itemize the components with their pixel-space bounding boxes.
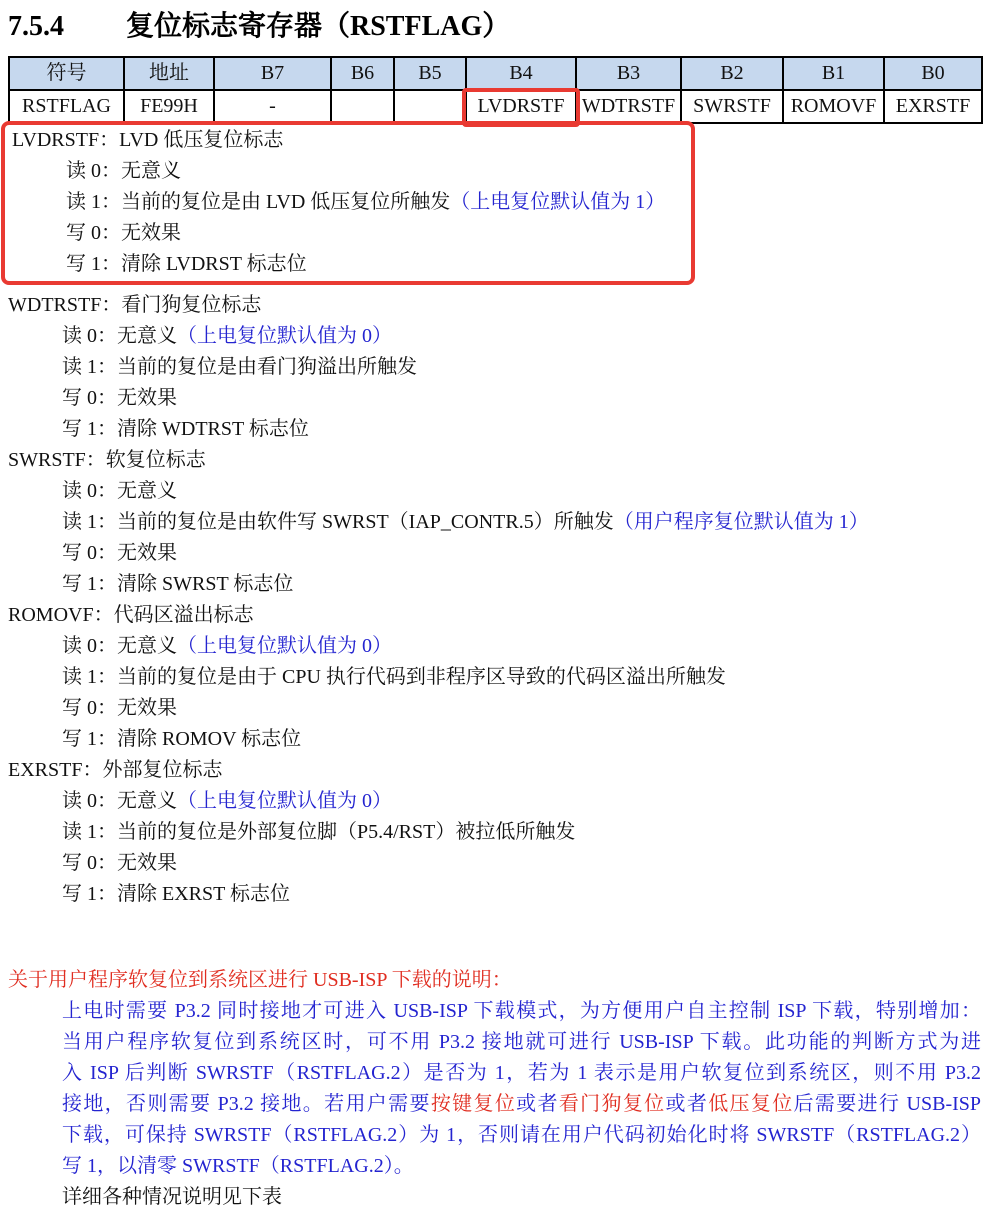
- text-segment: 写 1：清除 SWRST 标志位: [62, 573, 293, 595]
- text-segment: 或者: [516, 1093, 559, 1115]
- table-header-cell: 地址: [124, 57, 214, 90]
- bit-section-line: 写 1：清除 WDTRST 标志位: [8, 414, 981, 445]
- text-segment: 看门狗复位: [559, 1093, 666, 1115]
- table-row: RSTFLAGFE99H-LVDRSTFWDTRSTFSWRSTFROMOVFE…: [9, 90, 982, 123]
- section-number: 7.5.4: [8, 8, 126, 46]
- text-segment: 读 1：当前的复位是外部复位脚（P5.4/RST）被拉低所触发: [62, 821, 575, 843]
- bit-section-line: 读 1：当前的复位是由 LVD 低压复位所触发（上电复位默认值为 1）: [12, 187, 691, 218]
- bit-section-line: 写 0：无效果: [8, 538, 981, 569]
- text-segment: 读 0：无意义: [62, 635, 177, 657]
- notes-line: 下载，可保持 SWRSTF（RSTFLAG.2）为 1，否则请在用户代码初始化时…: [8, 1120, 981, 1151]
- text-segment: 读 1：当前的复位是由软件写 SWRST（IAP_CONTR.5）所触发: [62, 511, 614, 533]
- table-header-cell: B5: [394, 57, 466, 90]
- bit-section-title: SWRSTF：软复位标志: [8, 445, 981, 476]
- text-segment: （上电复位默认值为 1）: [450, 191, 665, 213]
- table-cell: SWRSTF: [681, 90, 783, 123]
- table-header-cell: B3: [576, 57, 681, 90]
- bit-descriptions: LVDRSTF：LVD 低压复位标志读 0：无意义读 1：当前的复位是由 LVD…: [8, 121, 981, 910]
- text-segment: 读 0：无意义: [62, 325, 177, 347]
- table-header-cell: B2: [681, 57, 783, 90]
- text-segment: 写 0：无效果: [66, 222, 181, 244]
- notes-line: 写 1，以清零 SWRSTF（RSTFLAG.2）。: [8, 1151, 981, 1182]
- table-cell: [331, 90, 394, 123]
- text-segment: 写 1：清除 EXRST 标志位: [62, 883, 290, 905]
- table-cell: EXRSTF: [884, 90, 982, 123]
- text-segment: 写 0：无效果: [62, 852, 177, 874]
- notes-line: 上电时需要 P3.2 同时接地才可进入 USB-ISP 下载模式，为方便用户自主…: [8, 996, 981, 1027]
- text-segment: （上电复位默认值为 0）: [177, 325, 392, 347]
- bit-section-line: 读 1：当前的复位是由软件写 SWRST（IAP_CONTR.5）所触发（用户程…: [8, 507, 981, 538]
- bit-section-line: 读 0：无意义: [8, 476, 981, 507]
- bit-section-line: 写 0：无效果: [8, 693, 981, 724]
- bit-section-line: 读 0：无意义（上电复位默认值为 0）: [8, 786, 981, 817]
- highlight-ring: [462, 88, 580, 127]
- text-segment: 下载，可保持 SWRSTF（RSTFLAG.2）为 1，否则请在用户代码初始化时…: [62, 1124, 981, 1146]
- text-segment: 读 1：当前的复位是由看门狗溢出所触发: [62, 356, 417, 378]
- notes-body: 上电时需要 P3.2 同时接地才可进入 USB-ISP 下载模式，为方便用户自主…: [8, 996, 981, 1182]
- table-header-cell: B4: [466, 57, 576, 90]
- text-segment: 低压复位: [708, 1093, 793, 1115]
- bit-section-line: 读 0：无意义: [12, 156, 691, 187]
- table-header-row: 符号地址B7B6B5B4B3B2B1B0: [9, 57, 982, 90]
- table-header-cell: B7: [214, 57, 331, 90]
- register-table: 符号地址B7B6B5B4B3B2B1B0 RSTFLAGFE99H-LVDRST…: [8, 56, 983, 124]
- text-segment: 写 0：无效果: [62, 387, 177, 409]
- text-segment: （上电复位默认值为 0）: [177, 790, 392, 812]
- table-cell: WDTRSTF: [576, 90, 681, 123]
- text-segment: 读 0：无意义: [62, 480, 177, 502]
- bit-section-exrstf: EXRSTF：外部复位标志读 0：无意义（上电复位默认值为 0）读 1：当前的复…: [8, 755, 981, 910]
- text-segment: 接地，否则需要 P3.2 接地。若用户需要: [62, 1093, 431, 1115]
- bit-section-line: 读 1：当前的复位是由于 CPU 执行代码到非程序区导致的代码区溢出所触发: [8, 662, 981, 693]
- bit-section-wdtrstf: WDTRSTF：看门狗复位标志读 0：无意义（上电复位默认值为 0）读 1：当前…: [8, 290, 981, 445]
- page-title: 复位标志寄存器（RSTFLAG）: [126, 8, 510, 46]
- text-segment: 写 0：无效果: [62, 542, 177, 564]
- text-segment: 按键复位: [431, 1093, 516, 1115]
- text-segment: 读 1：当前的复位是由 LVD 低压复位所触发: [66, 191, 450, 213]
- table-cell: FE99H: [124, 90, 214, 123]
- usb-isp-notes: 关于用户程序软复位到系统区进行 USB-ISP 下载的说明： 上电时需要 P3.…: [8, 965, 981, 1213]
- bit-section-line: 读 0：无意义（上电复位默认值为 0）: [8, 631, 981, 662]
- notes-line: 当用户程序软复位到系统区时，可不用 P3.2 接地就可进行 USB-ISP 下载…: [8, 1027, 981, 1058]
- bit-section-line: 读 1：当前的复位是外部复位脚（P5.4/RST）被拉低所触发: [8, 817, 981, 848]
- bit-section-swrstf: SWRSTF：软复位标志读 0：无意义读 1：当前的复位是由软件写 SWRST（…: [8, 445, 981, 600]
- table-cell: -: [214, 90, 331, 123]
- text-segment: 后需要进行 USB-ISP: [794, 1093, 981, 1115]
- table-cell: RSTFLAG: [9, 90, 124, 123]
- bit-section-romovf: ROMOVF：代码区溢出标志读 0：无意义（上电复位默认值为 0）读 1：当前的…: [8, 600, 981, 755]
- notes-line: 入 ISP 后判断 SWRSTF（RSTFLAG.2）是否为 1，若为 1 表示…: [8, 1058, 981, 1089]
- bit-section-title: WDTRSTF：看门狗复位标志: [8, 290, 981, 321]
- notes-line: 接地，否则需要 P3.2 接地。若用户需要按键复位或者看门狗复位或者低压复位后需…: [8, 1089, 981, 1120]
- bit-section-lvdrstf: LVDRSTF：LVD 低压复位标志读 0：无意义读 1：当前的复位是由 LVD…: [1, 121, 695, 285]
- text-segment: 读 0：无意义: [66, 160, 181, 182]
- text-segment: 读 0：无意义: [62, 790, 177, 812]
- text-segment: 当用户程序软复位到系统区时，可不用 P3.2 接地就可进行 USB-ISP 下载…: [62, 1031, 981, 1053]
- section-heading: 7.5.4 复位标志寄存器（RSTFLAG）: [8, 8, 981, 46]
- bit-section-line: 写 1：清除 SWRST 标志位: [8, 569, 981, 600]
- text-segment: 写 1：清除 LVDRST 标志位: [66, 253, 307, 275]
- notes-heading: 关于用户程序软复位到系统区进行 USB-ISP 下载的说明：: [8, 965, 981, 996]
- table-cell: ROMOVF: [783, 90, 884, 123]
- text-segment: 入 ISP 后判断 SWRSTF（RSTFLAG.2）是否为 1，若为 1 表示…: [62, 1062, 981, 1084]
- table-cell: [394, 90, 466, 123]
- text-segment: （用户程序复位默认值为 1）: [614, 511, 869, 533]
- bit-section-title: LVDRSTF：LVD 低压复位标志: [12, 125, 691, 156]
- bit-section-line: 写 0：无效果: [8, 383, 981, 414]
- text-segment: 或者: [666, 1093, 709, 1115]
- table-header-cell: 符号: [9, 57, 124, 90]
- bit-section-line: 写 0：无效果: [12, 218, 691, 249]
- text-segment: 写 1：清除 ROMOV 标志位: [62, 728, 301, 750]
- document-page: 7.5.4 复位标志寄存器（RSTFLAG） 符号地址B7B6B5B4B3B2B…: [0, 0, 989, 1213]
- bit-section-title: EXRSTF：外部复位标志: [8, 755, 981, 786]
- table-cell: LVDRSTF: [466, 90, 576, 123]
- text-segment: 写 0：无效果: [62, 697, 177, 719]
- bit-section-line: 写 1：清除 EXRST 标志位: [8, 879, 981, 910]
- bit-section-line: 写 0：无效果: [8, 848, 981, 879]
- bit-section-line: 读 0：无意义（上电复位默认值为 0）: [8, 321, 981, 352]
- bit-section-line: 写 1：清除 LVDRST 标志位: [12, 249, 691, 280]
- bit-section-title: ROMOVF：代码区溢出标志: [8, 600, 981, 631]
- text-segment: 读 1：当前的复位是由于 CPU 执行代码到非程序区导致的代码区溢出所触发: [62, 666, 726, 688]
- table-header-cell: B0: [884, 57, 982, 90]
- bit-section-line: 写 1：清除 ROMOV 标志位: [8, 724, 981, 755]
- text-segment: （上电复位默认值为 0）: [177, 635, 392, 657]
- text-segment: 写 1：清除 WDTRST 标志位: [62, 418, 309, 440]
- text-segment: 上电时需要 P3.2 同时接地才可进入 USB-ISP 下载模式，为方便用户自主…: [62, 1000, 981, 1022]
- table-header-cell: B1: [783, 57, 884, 90]
- table-header-cell: B6: [331, 57, 394, 90]
- text-segment: 写 1，以清零 SWRSTF（RSTFLAG.2）。: [62, 1155, 414, 1177]
- bit-section-line: 读 1：当前的复位是由看门狗溢出所触发: [8, 352, 981, 383]
- notes-footer: 详细各种情况说明见下表: [8, 1182, 981, 1213]
